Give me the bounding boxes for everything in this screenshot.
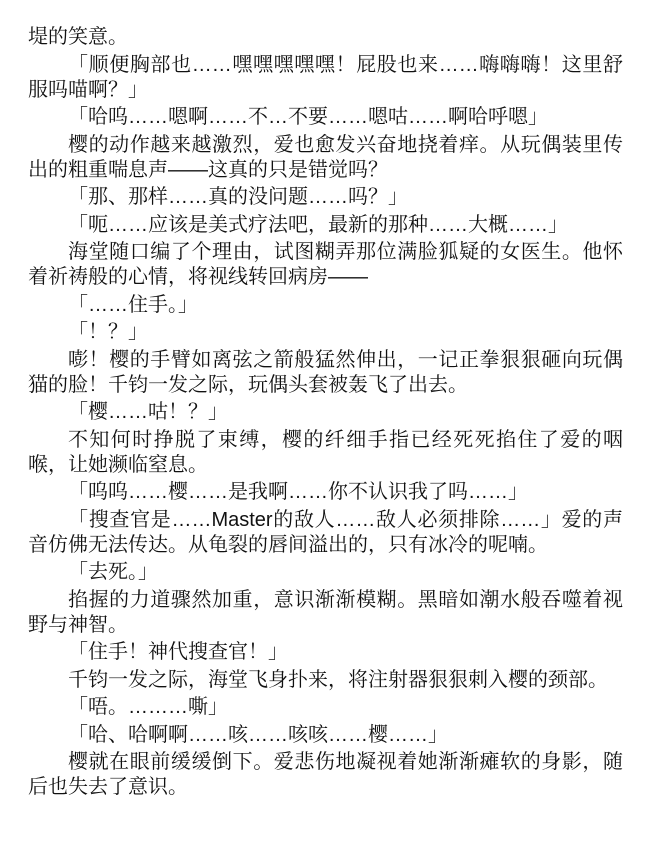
novel-text-page: 堤的笑意。「顺便胸部也……嘿嘿嘿嘿嘿！屁股也来……嗨嗨嗨！这里舒服吗喵啊？」「哈… <box>0 0 650 850</box>
narration-paragraph: 海堂随口编了个理由，试图糊弄那位满脸狐疑的女医生。他怀着祈祷般的心情，将视线转回… <box>28 240 623 290</box>
narration-paragraph: 掐握的力道骤然加重，意识渐渐模糊。黑暗如潮水般吞噬着视野与神智。 <box>28 588 623 638</box>
narration-paragraph: 千钧一发之际，海堂飞身扑来，将注射器狠狠刺入樱的颈部。 <box>28 668 623 693</box>
dialogue-paragraph: 「呃……应该是美式疗法吧，最新的那种……大概……」 <box>28 213 623 238</box>
dialogue-paragraph: 「哈呜……嗯啊……不…不要……嗯咕……啊哈呼嗯」 <box>28 105 623 130</box>
dialogue-paragraph: 「哈、哈啊啊……咳……咳咳……樱……」 <box>28 723 623 748</box>
narration-paragraph: 樱的动作越来越激烈，爱也愈发兴奋地挠着痒。从玩偶装里传出的粗重喘息声——这真的只… <box>28 133 623 183</box>
narration-paragraph: 不知何时挣脱了束缚，樱的纤细手指已经死死掐住了爱的咽喉，让她濒临窒息。 <box>28 428 623 478</box>
narration-paragraph: 樱就在眼前缓缓倒下。爱悲伤地凝视着她渐渐瘫软的身影，随后也失去了意识。 <box>28 750 623 800</box>
dialogue-paragraph: 「樱……咕！？」 <box>28 400 623 425</box>
dialogue-paragraph: 「去死。」 <box>28 560 623 585</box>
dialogue-paragraph: 「呜呜……樱……是我啊……你不认识我了吗……」 <box>28 480 623 505</box>
dialogue-paragraph: 「顺便胸部也……嘿嘿嘿嘿嘿！屁股也来……嗨嗨嗨！这里舒服吗喵啊？」 <box>28 53 623 103</box>
dialogue-paragraph: 「唔。………嘶」 <box>28 695 623 720</box>
dialogue-paragraph: 「！？」 <box>28 320 623 345</box>
dialogue-paragraph: 「……住手。」 <box>28 293 623 318</box>
dialogue-paragraph: 「那、那样……真的没问题……吗？」 <box>28 185 623 210</box>
dialogue-paragraph: 「搜查官是……Master的敌人……敌人必须排除……」爱的声音仿佛无法传达。从龟… <box>28 508 623 558</box>
dialogue-paragraph: 「住手！神代搜查官！」 <box>28 640 623 665</box>
narration-paragraph: 嘭！樱的手臂如离弦之箭般猛然伸出，一记正拳狠狠砸向玩偶猫的脸！千钧一发之际，玩偶… <box>28 348 623 398</box>
narration-paragraph: 堤的笑意。 <box>28 25 623 50</box>
